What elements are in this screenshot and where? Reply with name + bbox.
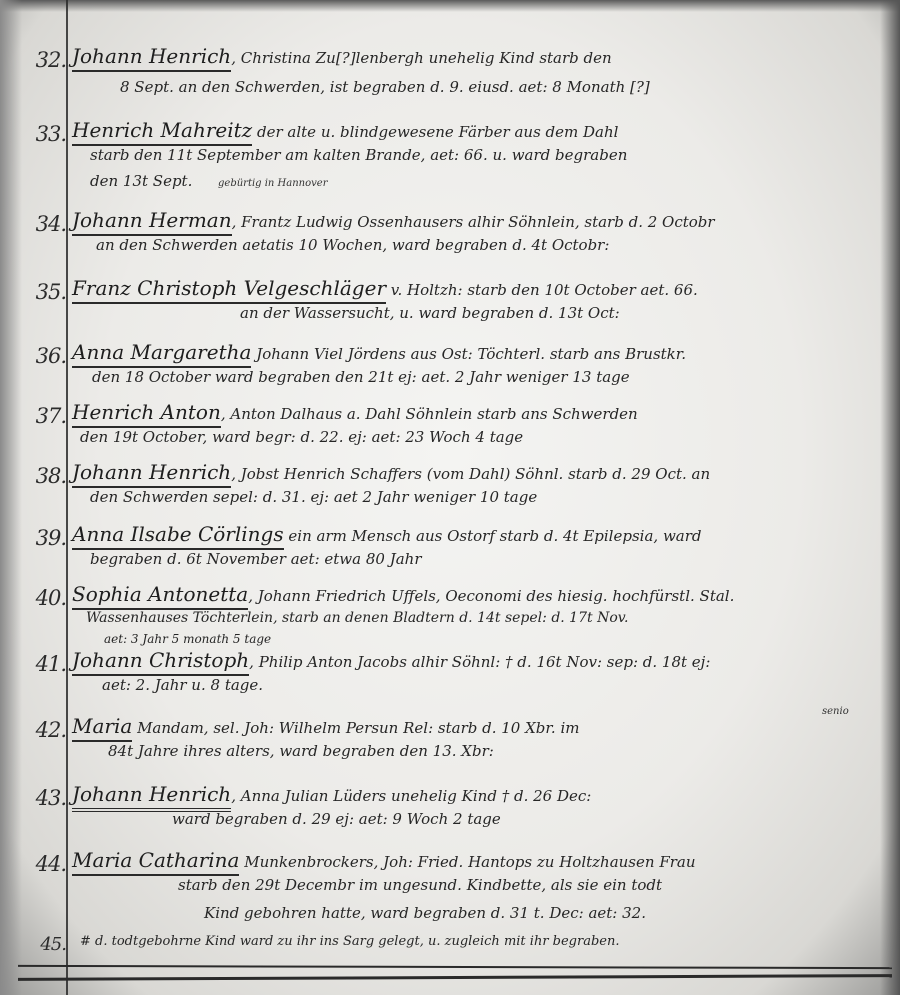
entry-text-line2: starb den 11t September am kalten Brande…	[90, 146, 627, 164]
entry-number: 40.	[20, 586, 66, 610]
entry-name: Anna Margaretha	[72, 340, 251, 368]
entry-annotation: gebürtig in Hannover	[218, 178, 328, 189]
entry-text-line2: Wassenhauses Töchterlein, starb an denen…	[86, 610, 628, 626]
entry-annotation: senio	[822, 706, 849, 717]
entry-name: Anna Ilsabe Cörlings	[72, 522, 284, 550]
entry-name: Johann Herman	[72, 208, 232, 236]
entry-text: Mandam, sel. Joh: Wilhelm Persun Rel: st…	[137, 719, 579, 737]
entry-number: 45.	[20, 934, 66, 955]
entry-text: ein arm Mensch aus Ostorf starb d. 4t Ep…	[288, 527, 701, 545]
entry-text-line2: den 18 October ward begraben den 21t ej:…	[92, 368, 630, 386]
entry-text: v. Holtzh: starb den 10t October aet. 66…	[391, 281, 698, 299]
entry-number: 43.	[20, 786, 66, 810]
entry-name: Johann Henrich	[72, 44, 231, 72]
entry-text-line2: den 19t October, ward begr: d. 22. ej: a…	[80, 428, 523, 446]
entry-text-line2: ward begraben d. 29 ej: aet: 9 Woch 2 ta…	[172, 810, 501, 828]
entry-text-line2: aet: 2. Jahr u. 8 tage.	[102, 676, 263, 694]
entry-number: 35.	[20, 280, 66, 304]
entry-text-line3: Kind gebohren hatte, ward begraben d. 31…	[204, 904, 646, 922]
entry-text: # d. todtgebohrne Kind ward zu ihr ins S…	[80, 934, 619, 949]
entry-text-line2: den Schwerden sepel: d. 31. ej: aet 2 Ja…	[90, 488, 537, 506]
entry-number: 41.	[20, 652, 66, 676]
entry-number: 38.	[20, 464, 66, 488]
entry-text-line3: den 13t Sept.	[90, 172, 192, 190]
entry-text-line2: 8 Sept. an den Schwerden, ist begraben d…	[120, 78, 650, 96]
entry-text: Johann Viel Jördens aus Ost: Töchterl. s…	[256, 345, 686, 363]
entry-name: Johann Henrich	[72, 460, 231, 488]
entry-text: , Christina Zu[?]lenbergh unehelig Kind …	[231, 49, 611, 67]
page-edge-top	[0, 0, 900, 12]
entry-number: 37.	[20, 404, 66, 428]
entry-text-line2: an der Wassersucht, u. ward begraben d. …	[240, 304, 620, 322]
entry-number: 42.	[20, 718, 66, 742]
closing-rule-upper	[18, 965, 892, 969]
entry-number: 39.	[20, 526, 66, 550]
entry-text: , Johann Friedrich Uffels, Oeconomi des …	[248, 587, 734, 605]
entry-number: 36.	[20, 344, 66, 368]
entry-number: 33.	[20, 122, 66, 146]
closing-rule-lower	[18, 974, 892, 981]
entry-text-line3: aet: 3 Jahr 5 monath 5 tage	[104, 632, 271, 646]
entry-name: Henrich Anton	[72, 400, 221, 428]
entry-text: Munkenbrockers, Joh: Fried. Hantops zu H…	[244, 853, 695, 871]
entry-name: Henrich Mahreitz	[72, 118, 252, 146]
entry-text: , Jobst Henrich Schaffers (vom Dahl) Söh…	[231, 465, 710, 483]
entry-number: 32.	[20, 48, 66, 72]
page-edge-right	[880, 0, 900, 995]
register-page: 32. Johann Henrich, Christina Zu[?]lenbe…	[0, 0, 900, 995]
entry-number: 44.	[20, 852, 66, 876]
entry-text: , Frantz Ludwig Ossenhausers alhir Söhnl…	[232, 213, 715, 231]
entry-name: Maria	[72, 714, 132, 742]
entry-name: Johann Henrich	[72, 782, 231, 812]
entry-name: Johann Christoph	[72, 648, 249, 676]
entry-text-line2: 84t Jahre ihres alters, ward begraben de…	[108, 742, 494, 760]
entry-number: 34.	[20, 212, 66, 236]
margin-rule	[66, 0, 68, 995]
page-edge-left	[0, 0, 22, 995]
entry-name: Franz Christoph Velgeschläger	[72, 276, 386, 304]
entry-text-line2: an den Schwerden aetatis 10 Wochen, ward…	[96, 236, 609, 254]
entry-text-line2: starb den 29t Decembr im ungesund. Kindb…	[178, 876, 662, 894]
entry-text: , Anton Dalhaus a. Dahl Söhnlein starb a…	[221, 405, 638, 423]
entry-text: der alte u. blindgewesene Färber aus dem…	[257, 123, 618, 141]
entry-text-line2: begraben d. 6t November aet: etwa 80 Jah…	[90, 550, 422, 568]
entry-text: , Anna Julian Lüders unehelig Kind † d. …	[231, 787, 591, 805]
entry-name: Maria Catharina	[72, 848, 239, 876]
entry-text: , Philip Anton Jacobs alhir Söhnl: † d. …	[249, 653, 710, 671]
entry-name: Sophia Antonetta	[72, 582, 248, 610]
